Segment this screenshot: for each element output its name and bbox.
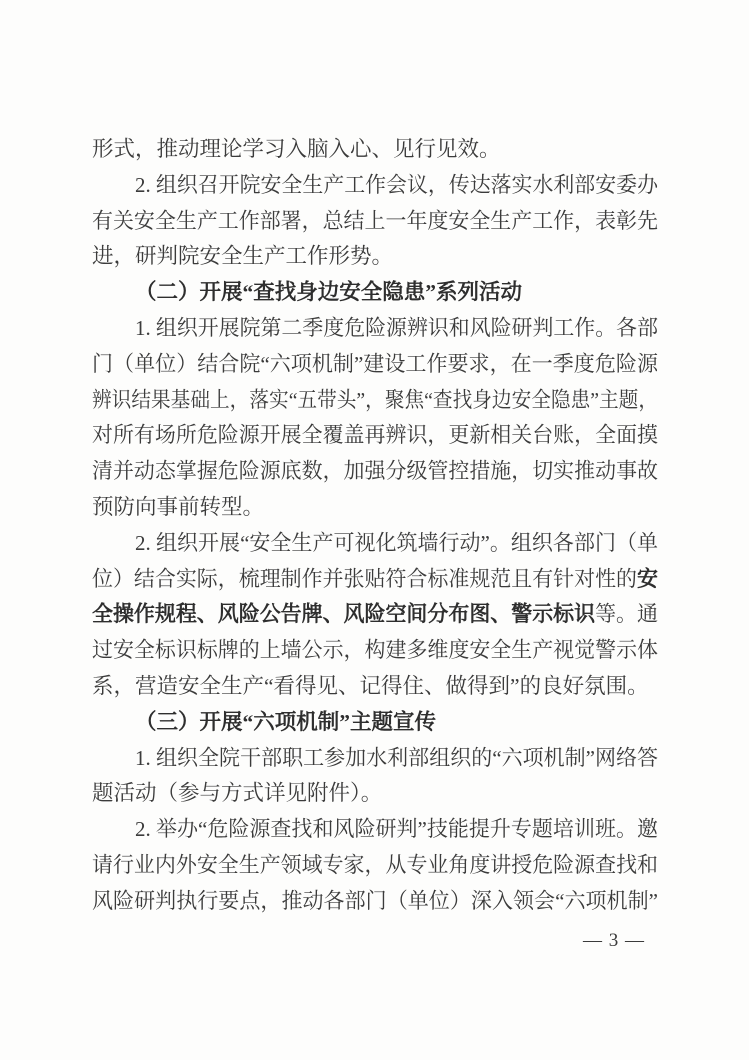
text-segment: 形式，推动理论学习入脑入心、见行见效。 [92, 137, 501, 161]
text-line: 全操作规程、风险公告牌、风险空间分布图、警示标识等。通 [92, 597, 658, 633]
text-segment: 2. 组织召开院安全生产工作会议，传达落实水利部安委办 [135, 173, 658, 197]
section-heading-line: （二）开展“查找身边安全隐患”系列活动 [92, 275, 658, 311]
text-line: 系，营造安全生产“看得见、记得住、做得到”的良好氛围。 [92, 669, 658, 705]
text-line: 对所有场所危险源开展全覆盖再辨识，更新相关台账，全面摸 [92, 418, 658, 454]
text-line: 1. 组织全院干部职工参加水利部组织的“六项机制”网络答 [92, 741, 658, 777]
line-content: 门（单位）结合院“六项机制”建设工作要求，在一季度危险源 [92, 347, 658, 383]
text-segment: 清并动态掌握危险源底数，加强分级管控措施，切实推动事故 [92, 459, 658, 483]
text-line: 风险研判执行要点，推动各部门（单位）深入领会“六项机制” [92, 884, 658, 920]
line-content: 位）结合实际，梳理制作并张贴符合标准规范且有针对性的安 [92, 562, 658, 598]
line-content: 题活动（参与方式详见附件）。 [92, 776, 382, 812]
text-line: 辨识结果基础上，落实“五带头”，聚焦“查找身边安全隐患”主题， [92, 383, 658, 419]
text-line: 形式，推动理论学习入脑入心、见行见效。 [92, 132, 658, 168]
line-content: （三）开展“六项机制”主题宣传 [135, 705, 436, 741]
text-segment: 请行业内外安全生产领域专家，从专业角度讲授危险源查找和 [92, 853, 658, 877]
line-content: 预防向事前转型。 [92, 490, 264, 526]
text-line: 进，研判院安全生产工作形势。 [92, 239, 658, 275]
text-segment: 全操作规程、风险公告牌、风险空间分布图、警示标识 [92, 602, 595, 626]
text-segment: 过安全标识标牌的上墙公示，构建多维度安全生产视觉警示体 [92, 638, 658, 662]
page-number: — 3 — [583, 929, 663, 953]
line-content: 2. 组织开展“安全生产可视化筑墙行动”。组织各部门（单 [135, 526, 658, 562]
text-segment: （二）开展“查找身边安全隐患”系列活动 [135, 280, 522, 304]
text-segment: 位）结合实际，梳理制作并张贴符合标准规范且有针对性的 [92, 567, 637, 591]
line-content: （二）开展“查找身边安全隐患”系列活动 [135, 275, 522, 311]
text-line: 过安全标识标牌的上墙公示，构建多维度安全生产视觉警示体 [92, 633, 658, 669]
text-segment: 题活动（参与方式详见附件）。 [92, 781, 382, 805]
section-heading-line: （三）开展“六项机制”主题宣传 [92, 705, 658, 741]
text-line: 2. 组织召开院安全生产工作会议，传达落实水利部安委办 [92, 168, 658, 204]
text-segment: 2. 举办“危险源查找和风险研判”技能提升专题培训班。邀 [135, 817, 658, 841]
line-content: 2. 举办“危险源查找和风险研判”技能提升专题培训班。邀 [135, 812, 658, 848]
line-content: 辨识结果基础上，落实“五带头”，聚焦“查找身边安全隐患”主题， [92, 383, 658, 419]
text-segment: 对所有场所危险源开展全覆盖再辨识，更新相关台账，全面摸 [92, 423, 658, 447]
document-body: 形式，推动理论学习入脑入心、见行见效。2. 组织召开院安全生产工作会议，传达落实… [92, 132, 658, 920]
text-line: 门（单位）结合院“六项机制”建设工作要求，在一季度危险源 [92, 347, 658, 383]
scanned-document-page: 形式，推动理论学习入脑入心、见行见效。2. 组织召开院安全生产工作会议，传达落实… [0, 0, 749, 1060]
line-content: 清并动态掌握危险源底数，加强分级管控措施，切实推动事故 [92, 454, 658, 490]
line-content: 1. 组织开展院第二季度危险源辨识和风险研判工作。各部 [135, 311, 658, 347]
text-segment: 安 [637, 567, 658, 591]
text-segment: 辨识结果基础上，落实“五带头”，聚焦“查找身边安全隐患”主题， [92, 388, 658, 412]
line-content: 2. 组织召开院安全生产工作会议，传达落实水利部安委办 [135, 168, 658, 204]
text-line: 请行业内外安全生产领域专家，从专业角度讲授危险源查找和 [92, 848, 658, 884]
text-segment: 进，研判院安全生产工作形势。 [92, 244, 393, 268]
text-segment: 1. 组织全院干部职工参加水利部组织的“六项机制”网络答 [135, 746, 658, 770]
text-segment: 有关安全生产工作部署，总结上一年度安全生产工作，表彰先 [92, 209, 658, 233]
text-segment: （三）开展“六项机制”主题宣传 [135, 710, 436, 734]
line-content: 过安全标识标牌的上墙公示，构建多维度安全生产视觉警示体 [92, 633, 658, 669]
text-segment: 风险研判执行要点，推动各部门（单位）深入领会“六项机制” [92, 889, 658, 913]
line-content: 系，营造安全生产“看得见、记得住、做得到”的良好氛围。 [92, 669, 649, 705]
line-content: 对所有场所危险源开展全覆盖再辨识，更新相关台账，全面摸 [92, 418, 658, 454]
line-content: 形式，推动理论学习入脑入心、见行见效。 [92, 132, 501, 168]
text-line: 题活动（参与方式详见附件）。 [92, 776, 658, 812]
text-segment: 门（单位）结合院“六项机制”建设工作要求，在一季度危险源 [92, 352, 658, 376]
text-line: 2. 举办“危险源查找和风险研判”技能提升专题培训班。邀 [92, 812, 658, 848]
text-segment: 预防向事前转型。 [92, 495, 264, 519]
text-line: 预防向事前转型。 [92, 490, 658, 526]
text-segment: 系，营造安全生产“看得见、记得住、做得到”的良好氛围。 [92, 674, 649, 698]
text-segment: 2. 组织开展“安全生产可视化筑墙行动”。组织各部门（单 [135, 531, 658, 555]
line-content: 请行业内外安全生产领域专家，从专业角度讲授危险源查找和 [92, 848, 658, 884]
text-line: 2. 组织开展“安全生产可视化筑墙行动”。组织各部门（单 [92, 526, 658, 562]
text-line: 清并动态掌握危险源底数，加强分级管控措施，切实推动事故 [92, 454, 658, 490]
line-content: 1. 组织全院干部职工参加水利部组织的“六项机制”网络答 [135, 741, 658, 777]
line-content: 进，研判院安全生产工作形势。 [92, 239, 393, 275]
text-line: 1. 组织开展院第二季度危险源辨识和风险研判工作。各部 [92, 311, 658, 347]
text-line: 有关安全生产工作部署，总结上一年度安全生产工作，表彰先 [92, 204, 658, 240]
text-line: 位）结合实际，梳理制作并张贴符合标准规范且有针对性的安 [92, 562, 658, 598]
line-content: 有关安全生产工作部署，总结上一年度安全生产工作，表彰先 [92, 204, 658, 240]
line-content: 全操作规程、风险公告牌、风险空间分布图、警示标识等。通 [92, 597, 658, 633]
line-content: 风险研判执行要点，推动各部门（单位）深入领会“六项机制” [92, 884, 658, 920]
text-segment: 等。通 [595, 602, 658, 626]
text-segment: 1. 组织开展院第二季度危险源辨识和风险研判工作。各部 [135, 316, 658, 340]
